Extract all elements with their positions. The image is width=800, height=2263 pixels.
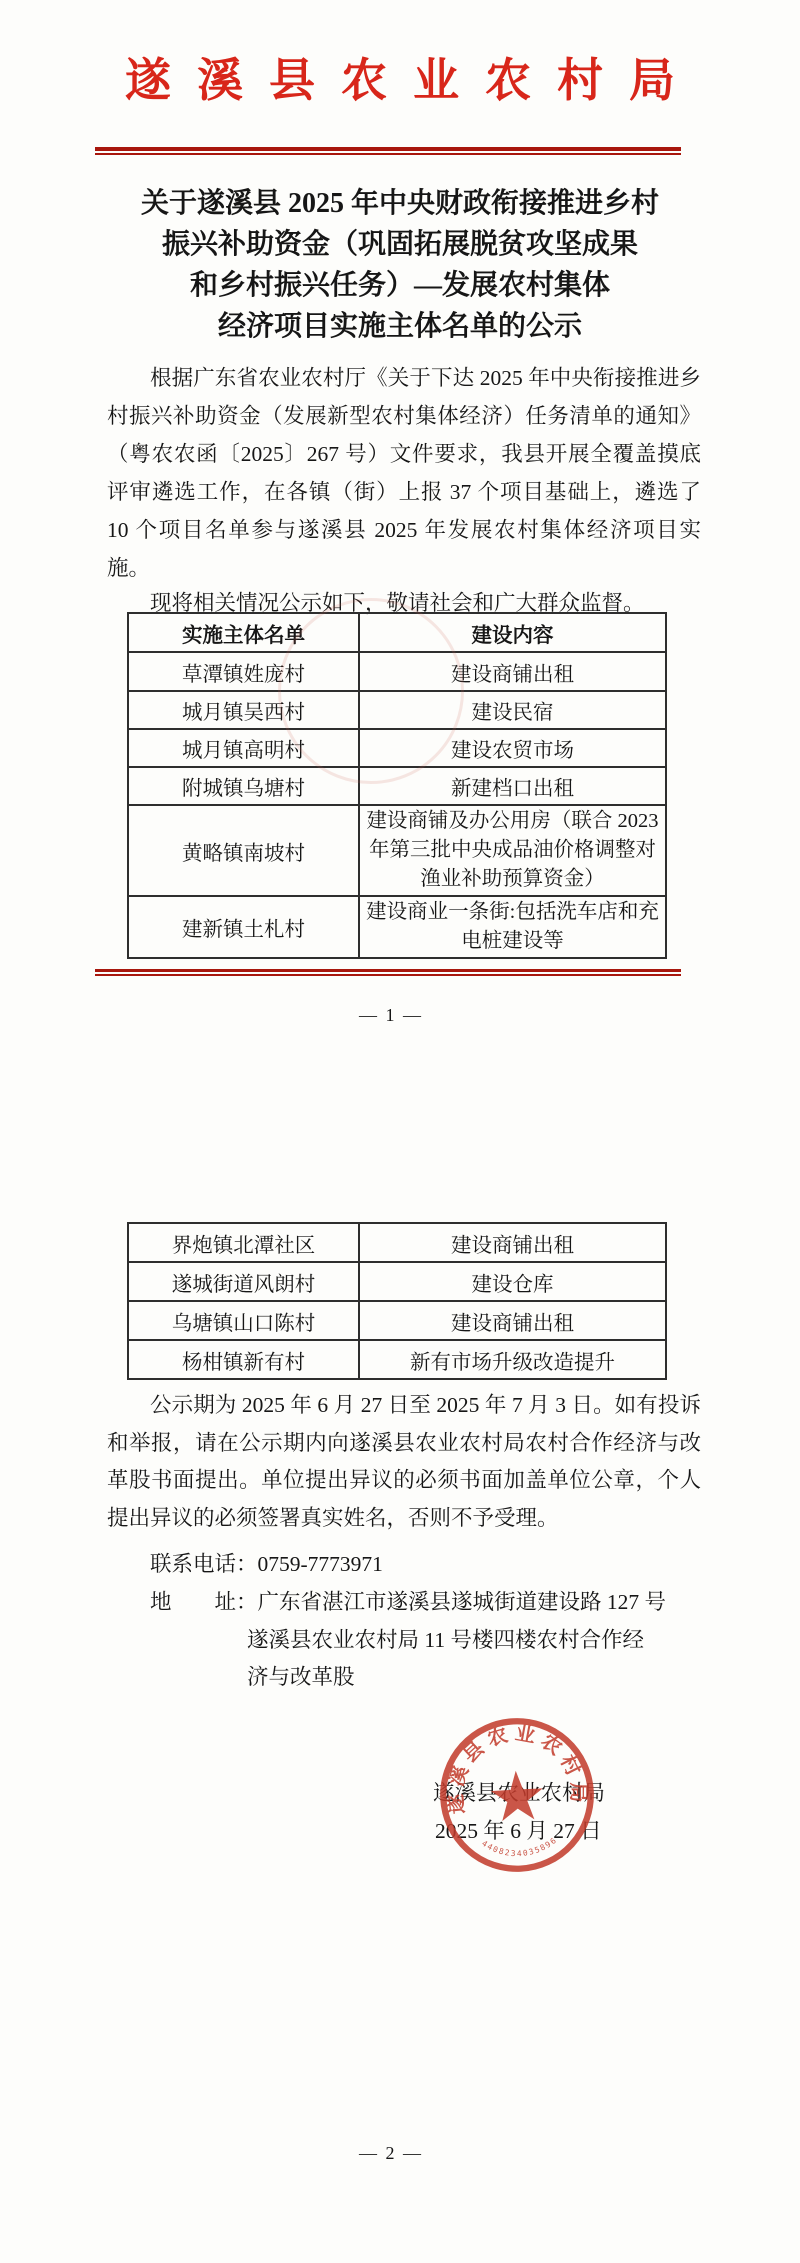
- seal-number: 4408234035896: [480, 1835, 560, 1860]
- table-row: 黄略镇南坡村 建设商铺及办公用房（联合 2023 年第三批中央成品油价格调整对渔…: [128, 805, 666, 896]
- scanned-notice-document: 遂溪县农业农村局 关于遂溪县 2025 年中央财政衔接推进乡村 振兴补助资金（巩…: [0, 0, 800, 2263]
- page1-bottom-double-rule: [95, 969, 681, 976]
- contact-phone-line: 联系电话：0759-7773971: [107, 1549, 701, 1579]
- cell-content: 建设商业一条街:包括洗车店和充电桩建设等: [359, 896, 666, 958]
- notice-title-line-1: 关于遂溪县 2025 年中央财政衔接推进乡村: [60, 183, 740, 224]
- letterhead-double-rule: [95, 147, 681, 155]
- cell-content: 建设商铺及办公用房（联合 2023 年第三批中央成品油价格调整对渔业补助预算资金…: [359, 805, 666, 896]
- table-row: 遂城街道风朗村 建设仓库: [128, 1262, 666, 1301]
- table-row: 乌塘镇山口陈村 建设商铺出租: [128, 1301, 666, 1340]
- cell-entity: 建新镇土札村: [128, 896, 359, 958]
- notice-title: 关于遂溪县 2025 年中央财政衔接推进乡村 振兴补助资金（巩固拓展脱贫攻坚成果…: [60, 183, 740, 347]
- rule-thin-line: [95, 153, 681, 155]
- cell-content: 新有市场升级改造提升: [359, 1340, 666, 1379]
- cell-entity: 界炮镇北潭社区: [128, 1223, 359, 1262]
- table-row: 建新镇土札村 建设商业一条街:包括洗车店和充电桩建设等: [128, 896, 666, 958]
- stamp-bleed-artifact: [278, 598, 464, 784]
- table-row: 界炮镇北潭社区 建设商铺出租: [128, 1223, 666, 1262]
- cell-entity: 杨柑镇新有村: [128, 1340, 359, 1379]
- svg-text:4408234035896: 4408234035896: [480, 1835, 560, 1860]
- notice-title-line-4: 经济项目实施主体名单的公示: [60, 306, 740, 347]
- cell-content: 建设仓库: [359, 1262, 666, 1301]
- contact-address-line: 地 址：广东省湛江市遂溪县遂城街道建设路 127 号: [107, 1587, 701, 1617]
- page2-number: — 2 —: [0, 2143, 782, 2164]
- cell-entity: 附城镇乌塘村: [128, 767, 359, 805]
- address-continuation-2: 济与改革股: [247, 1662, 707, 1692]
- cell-content: 建设商铺出租: [359, 1301, 666, 1340]
- table-row: 杨柑镇新有村 新有市场升级改造提升: [128, 1340, 666, 1379]
- page1-number: — 1 —: [0, 1005, 782, 1026]
- projects-table-page2: 界炮镇北潭社区 建设商铺出租 遂城街道风朗村 建设仓库 乌塘镇山口陈村 建设商铺…: [127, 1222, 667, 1380]
- notice-title-line-3: 和乡村振兴任务）—发展农村集体: [60, 265, 740, 306]
- cell-content: 建设商铺出租: [359, 1223, 666, 1262]
- seal-star-icon: [490, 1769, 545, 1821]
- letterhead-agency-name: 遂溪县农业农村局: [0, 44, 800, 110]
- publicity-period-paragraph: 公示期为 2025 年 6 月 27 日至 2025 年 7 月 3 日。如有投…: [107, 1387, 701, 1537]
- cell-entity: 乌塘镇山口陈村: [128, 1301, 359, 1340]
- cell-entity: 黄略镇南坡村: [128, 805, 359, 896]
- intro-paragraph: 根据广东省农业农村厅《关于下达 2025 年中央衔接推进乡村振兴补助资金（发展新…: [107, 359, 701, 587]
- cell-entity: 遂城街道风朗村: [128, 1262, 359, 1301]
- address-continuation-1: 遂溪县农业农村局 11 号楼四楼农村合作经: [247, 1625, 707, 1655]
- rule-thin-line: [95, 974, 681, 976]
- official-seal: 遂溪县农业农村局 4408234035896: [434, 1712, 600, 1878]
- notice-title-line-2: 振兴补助资金（巩固拓展脱贫攻坚成果: [60, 224, 740, 265]
